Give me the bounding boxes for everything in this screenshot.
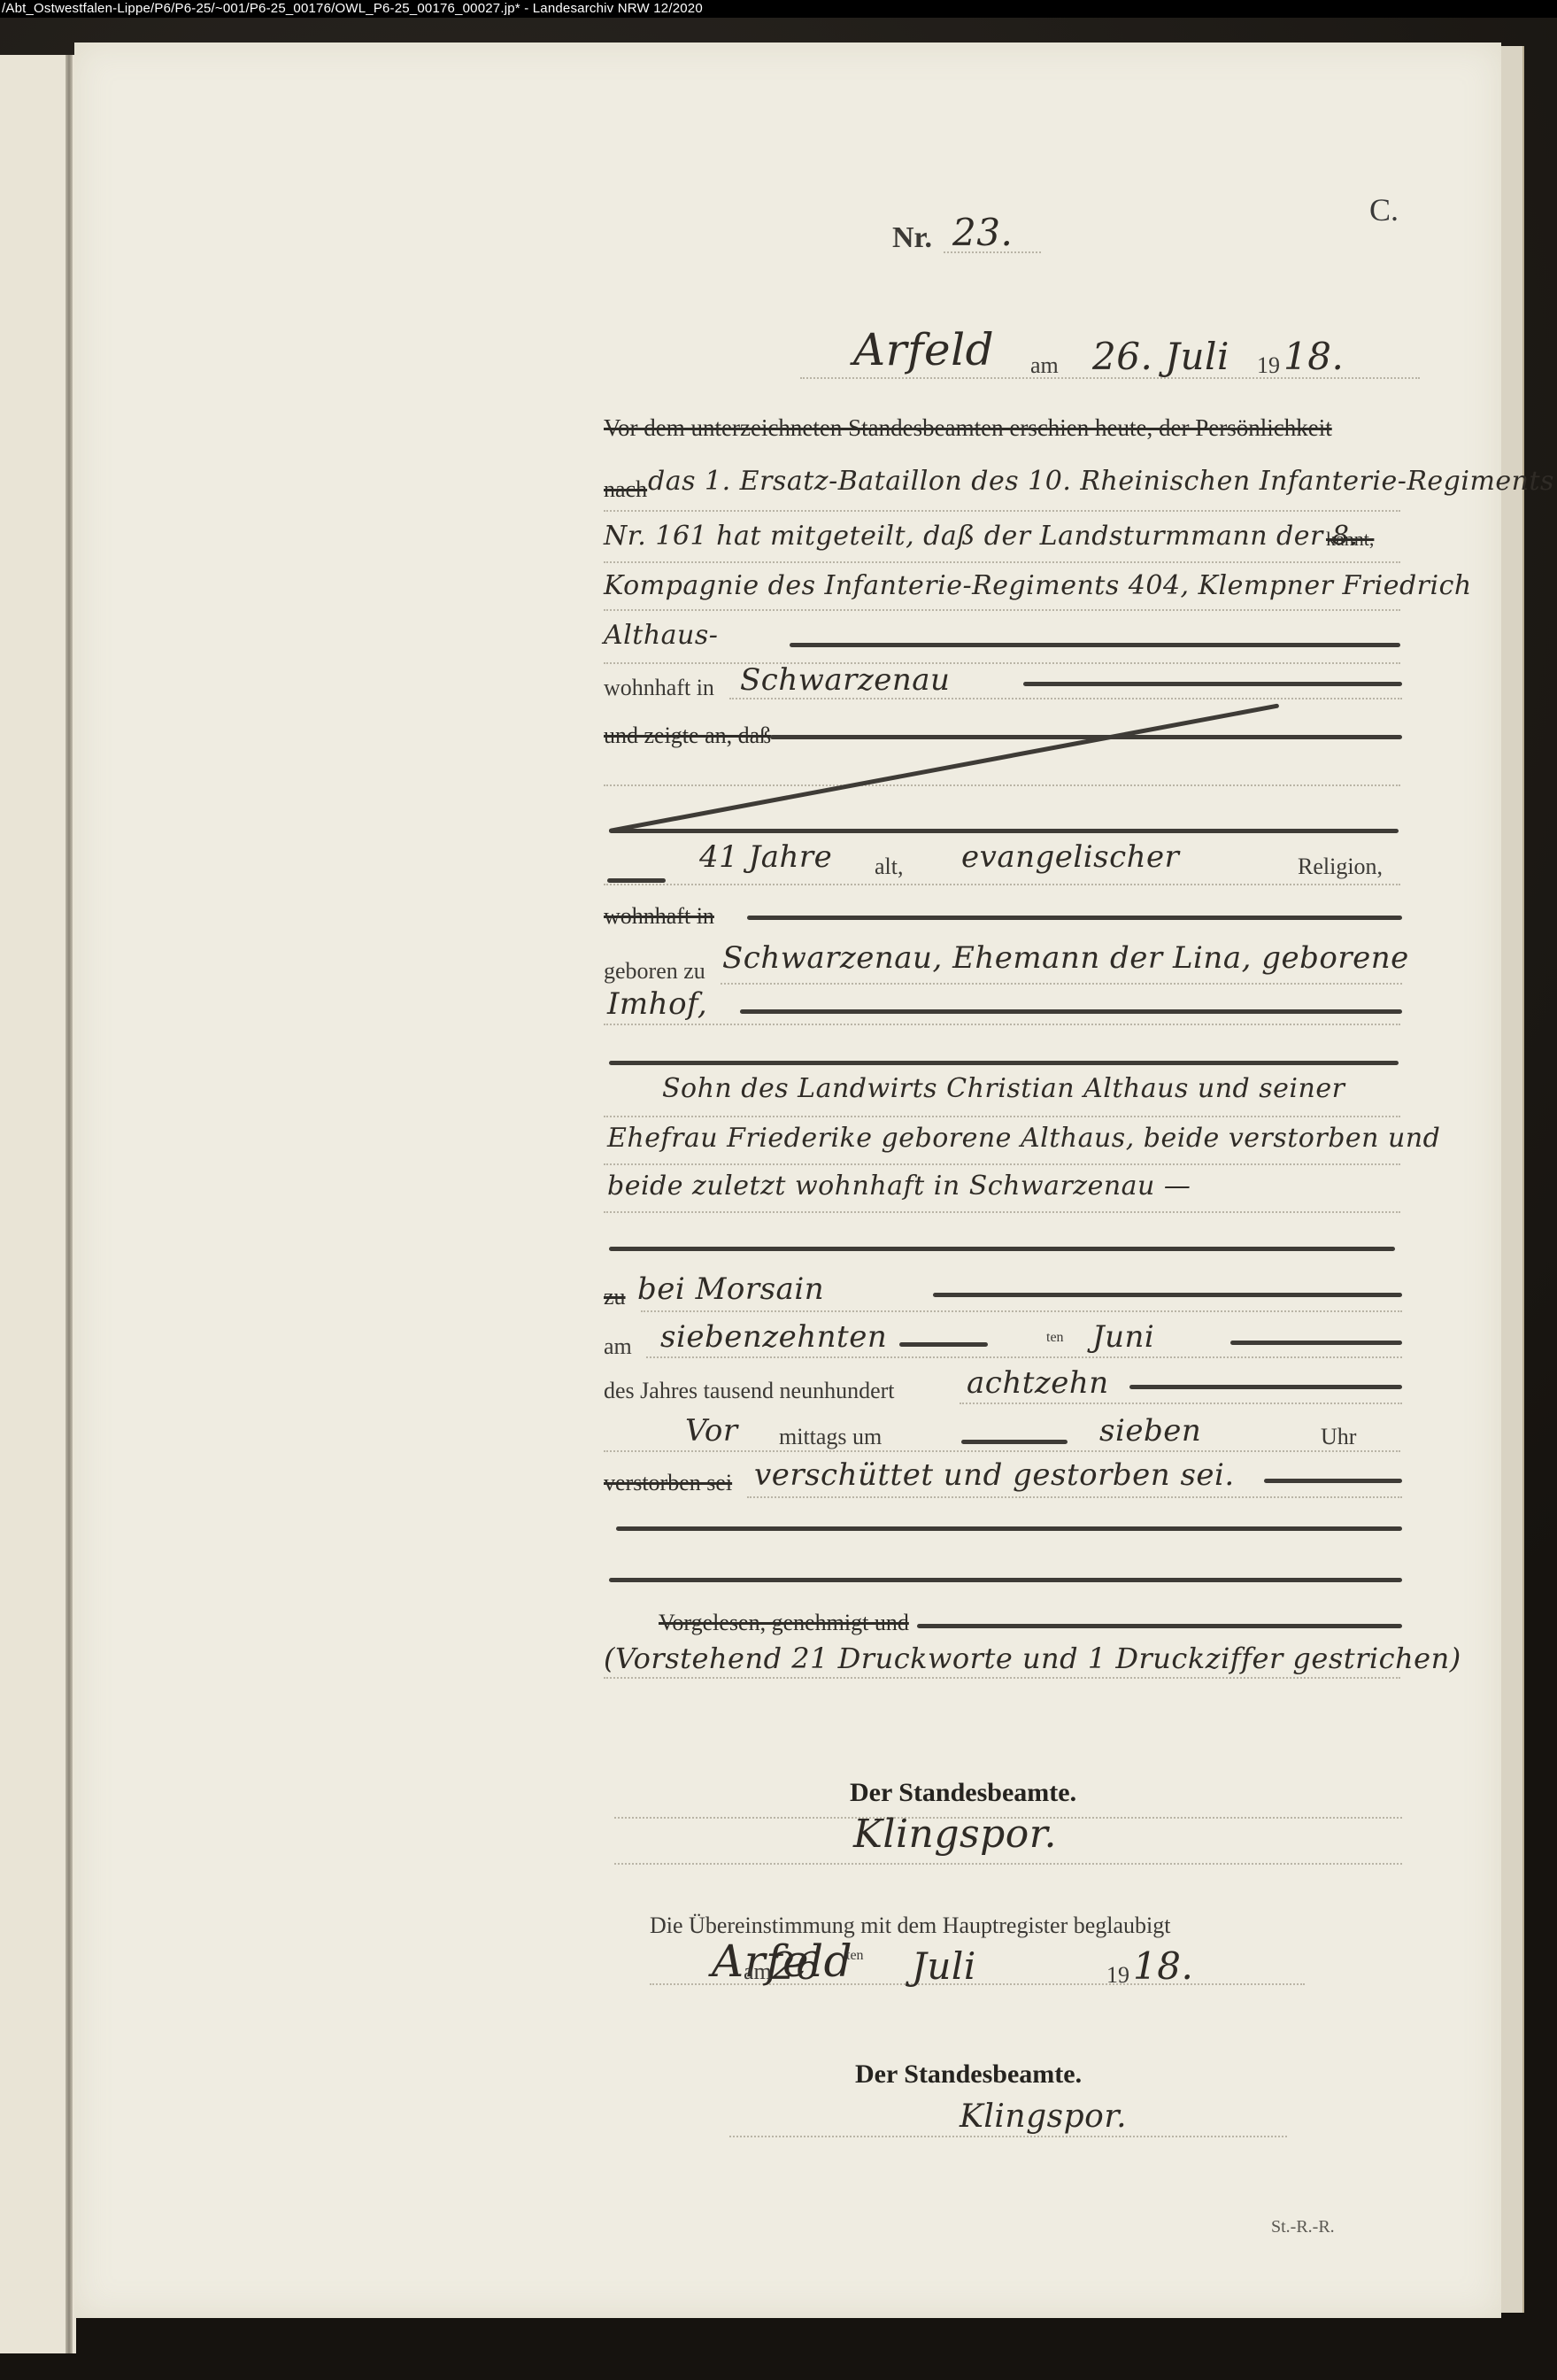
signature-title-1: Der Standesbeamte. bbox=[850, 1778, 1076, 1808]
parents-1-dots bbox=[604, 1116, 1400, 1117]
signature-1: Klingspor. bbox=[853, 1812, 1057, 1857]
ten-superscript: ten bbox=[1046, 1330, 1064, 1346]
struck-nach: nach bbox=[604, 476, 647, 503]
cert-am-label: am bbox=[744, 1959, 772, 1985]
fill-stroke bbox=[747, 916, 1402, 920]
fill-stroke bbox=[1264, 1479, 1402, 1483]
parents-3-dots bbox=[604, 1211, 1400, 1213]
body-line-2: Nr. 161 hat mitgeteilt, daß der Landstur… bbox=[604, 521, 1359, 552]
struck-wohnhaft: wohnhaft in bbox=[604, 903, 714, 930]
fill-stroke bbox=[740, 1009, 1402, 1014]
struck-vorgelesen: Vorgelesen, genehmigt und bbox=[659, 1610, 909, 1636]
geboren-dots bbox=[721, 983, 1402, 985]
cert-month: Juli bbox=[912, 1944, 976, 1988]
register-page: C. Nr. 23. Arfeld am 26. Juli 19 18. Vor… bbox=[74, 42, 1501, 2318]
fill-stroke bbox=[1230, 1341, 1402, 1345]
struck-verstorben: verstorben sei bbox=[604, 1470, 732, 1496]
cert-year-suffix: 18. bbox=[1133, 1944, 1193, 1988]
book-spine bbox=[66, 55, 73, 2353]
window-title: /Abt_Ostwestfalen-Lippe/P6/P6-25/~001/P6… bbox=[2, 1, 703, 16]
death-day: siebenzehnten bbox=[660, 1319, 887, 1355]
body-line-3: Kompagnie des Infanterie-Regiments 404, … bbox=[604, 570, 1472, 601]
record-number: 23. bbox=[952, 211, 1013, 254]
fill-stroke bbox=[609, 1061, 1399, 1065]
wohnhaft-value: Schwarzenau bbox=[740, 662, 950, 698]
body-line-1-dots bbox=[604, 510, 1400, 512]
signature-2: Klingspor. bbox=[960, 2098, 1127, 2135]
body-line-4-dots bbox=[604, 662, 1400, 664]
fill-stroke bbox=[933, 1293, 1402, 1297]
uhr-label: Uhr bbox=[1321, 1424, 1356, 1450]
struck-zeigte: und zeigte an, daß bbox=[604, 722, 771, 749]
geboren-value: Schwarzenau, Ehemann der Lina, geborene bbox=[722, 940, 1409, 976]
fill-stroke bbox=[609, 829, 1399, 833]
number-label: Nr. bbox=[892, 221, 932, 255]
geboren-cont-dots bbox=[604, 1024, 1400, 1025]
cert-ten-superscript: ten bbox=[846, 1948, 864, 1964]
age-dots bbox=[604, 884, 1400, 885]
year-label: des Jahres tausend neunhundert bbox=[604, 1378, 895, 1404]
fill-stroke bbox=[609, 1578, 1402, 1582]
year-words: achtzehn bbox=[967, 1365, 1109, 1401]
year-suffix: 18. bbox=[1283, 335, 1344, 378]
parents-line-3: beide zuletzt wohnhaft in Schwarzenau — bbox=[607, 1171, 1191, 1202]
signature-2-dots bbox=[729, 2136, 1287, 2137]
fill-stroke bbox=[1023, 682, 1402, 686]
struck-kannt: kannt, bbox=[1326, 528, 1374, 551]
fill-stroke bbox=[961, 1440, 1068, 1444]
am-label-2: am bbox=[604, 1333, 632, 1360]
religion-label: Religion, bbox=[1298, 854, 1383, 880]
body-line-3-dots bbox=[604, 609, 1400, 611]
parents-line-1: Sohn des Landwirts Christian Althaus und… bbox=[662, 1073, 1345, 1104]
vor-value: Vor bbox=[685, 1413, 738, 1449]
death-place-dots bbox=[641, 1310, 1402, 1312]
mittags-label: mittags um bbox=[779, 1424, 882, 1450]
geboren-cont: Imhof, bbox=[607, 986, 707, 1022]
wohnhaft-label: wohnhaft in bbox=[604, 675, 714, 701]
signature-1-lower-dots bbox=[614, 1863, 1402, 1865]
fill-stroke bbox=[607, 878, 666, 883]
alt-label: alt, bbox=[875, 854, 904, 880]
struck-zu: zu bbox=[604, 1284, 626, 1310]
fill-stroke bbox=[609, 1247, 1395, 1251]
parents-2-dots bbox=[604, 1163, 1400, 1165]
signature-title-2: Der Standesbeamte. bbox=[855, 2059, 1082, 2090]
fill-stroke bbox=[899, 1342, 988, 1347]
body-line-4: Althaus- bbox=[604, 620, 718, 651]
note-dots bbox=[604, 1677, 1400, 1679]
correction-note: (Vorstehend 21 Druckworte und 1 Druckzif… bbox=[604, 1642, 1461, 1675]
year-prefix: 19 bbox=[1257, 352, 1280, 379]
cert-day: 26 bbox=[772, 1944, 820, 1988]
form-letter: C. bbox=[1369, 191, 1399, 228]
wohnhaft-dots bbox=[729, 698, 1402, 699]
body-line-2-dots bbox=[604, 561, 1400, 563]
time-dots bbox=[604, 1450, 1400, 1452]
date: 26. Juli bbox=[1092, 335, 1229, 378]
death-place: bei Morsain bbox=[637, 1271, 824, 1307]
age-value: 41 Jahre bbox=[699, 839, 832, 875]
cert-year-prefix: 19 bbox=[1106, 1962, 1129, 1989]
fill-stroke bbox=[1129, 1385, 1402, 1389]
death-month: Juni bbox=[1092, 1319, 1154, 1355]
verstorben-value: verschüttet und gestorben sei. bbox=[754, 1457, 1235, 1493]
parents-line-2: Ehefrau Friederike geborene Althaus, bei… bbox=[607, 1123, 1440, 1154]
fill-stroke bbox=[917, 1624, 1402, 1628]
body-line-1: das 1. Ersatz-Bataillon des 10. Rheinisc… bbox=[648, 466, 1554, 497]
window-title-bar: /Abt_Ostwestfalen-Lippe/P6/P6-25/~001/P6… bbox=[0, 0, 1557, 18]
place: Arfeld bbox=[853, 324, 994, 375]
religion-value: evangelischer bbox=[961, 839, 1179, 875]
fill-stroke bbox=[616, 1526, 1402, 1531]
am-label: am bbox=[1030, 352, 1059, 379]
geboren-label: geboren zu bbox=[604, 958, 705, 985]
verstorben-dots bbox=[747, 1496, 1402, 1498]
struck-intro: Vor dem unterzeichneten Standesbeamten e… bbox=[604, 414, 1332, 442]
hour-value: sieben bbox=[1099, 1413, 1201, 1449]
blank-dots bbox=[604, 784, 1400, 786]
fill-stroke bbox=[790, 643, 1400, 647]
footer-form-code: St.-R.-R. bbox=[1271, 2217, 1335, 2237]
death-date-dots bbox=[646, 1356, 1402, 1358]
year-dots bbox=[960, 1402, 1402, 1404]
